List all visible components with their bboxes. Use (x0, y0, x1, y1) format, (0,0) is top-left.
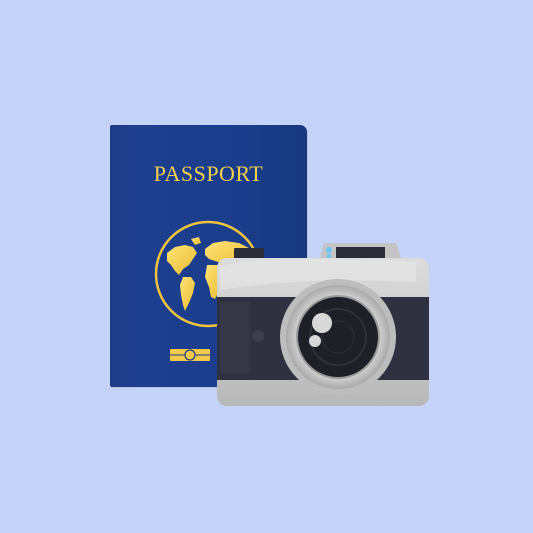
camera (216, 242, 432, 408)
illustration: PASSPORT (0, 0, 533, 533)
viewfinder (336, 247, 385, 259)
passport-title: PASSPORT (110, 161, 307, 187)
camera-lens (280, 279, 396, 395)
biometric-chip-icon (170, 348, 210, 362)
